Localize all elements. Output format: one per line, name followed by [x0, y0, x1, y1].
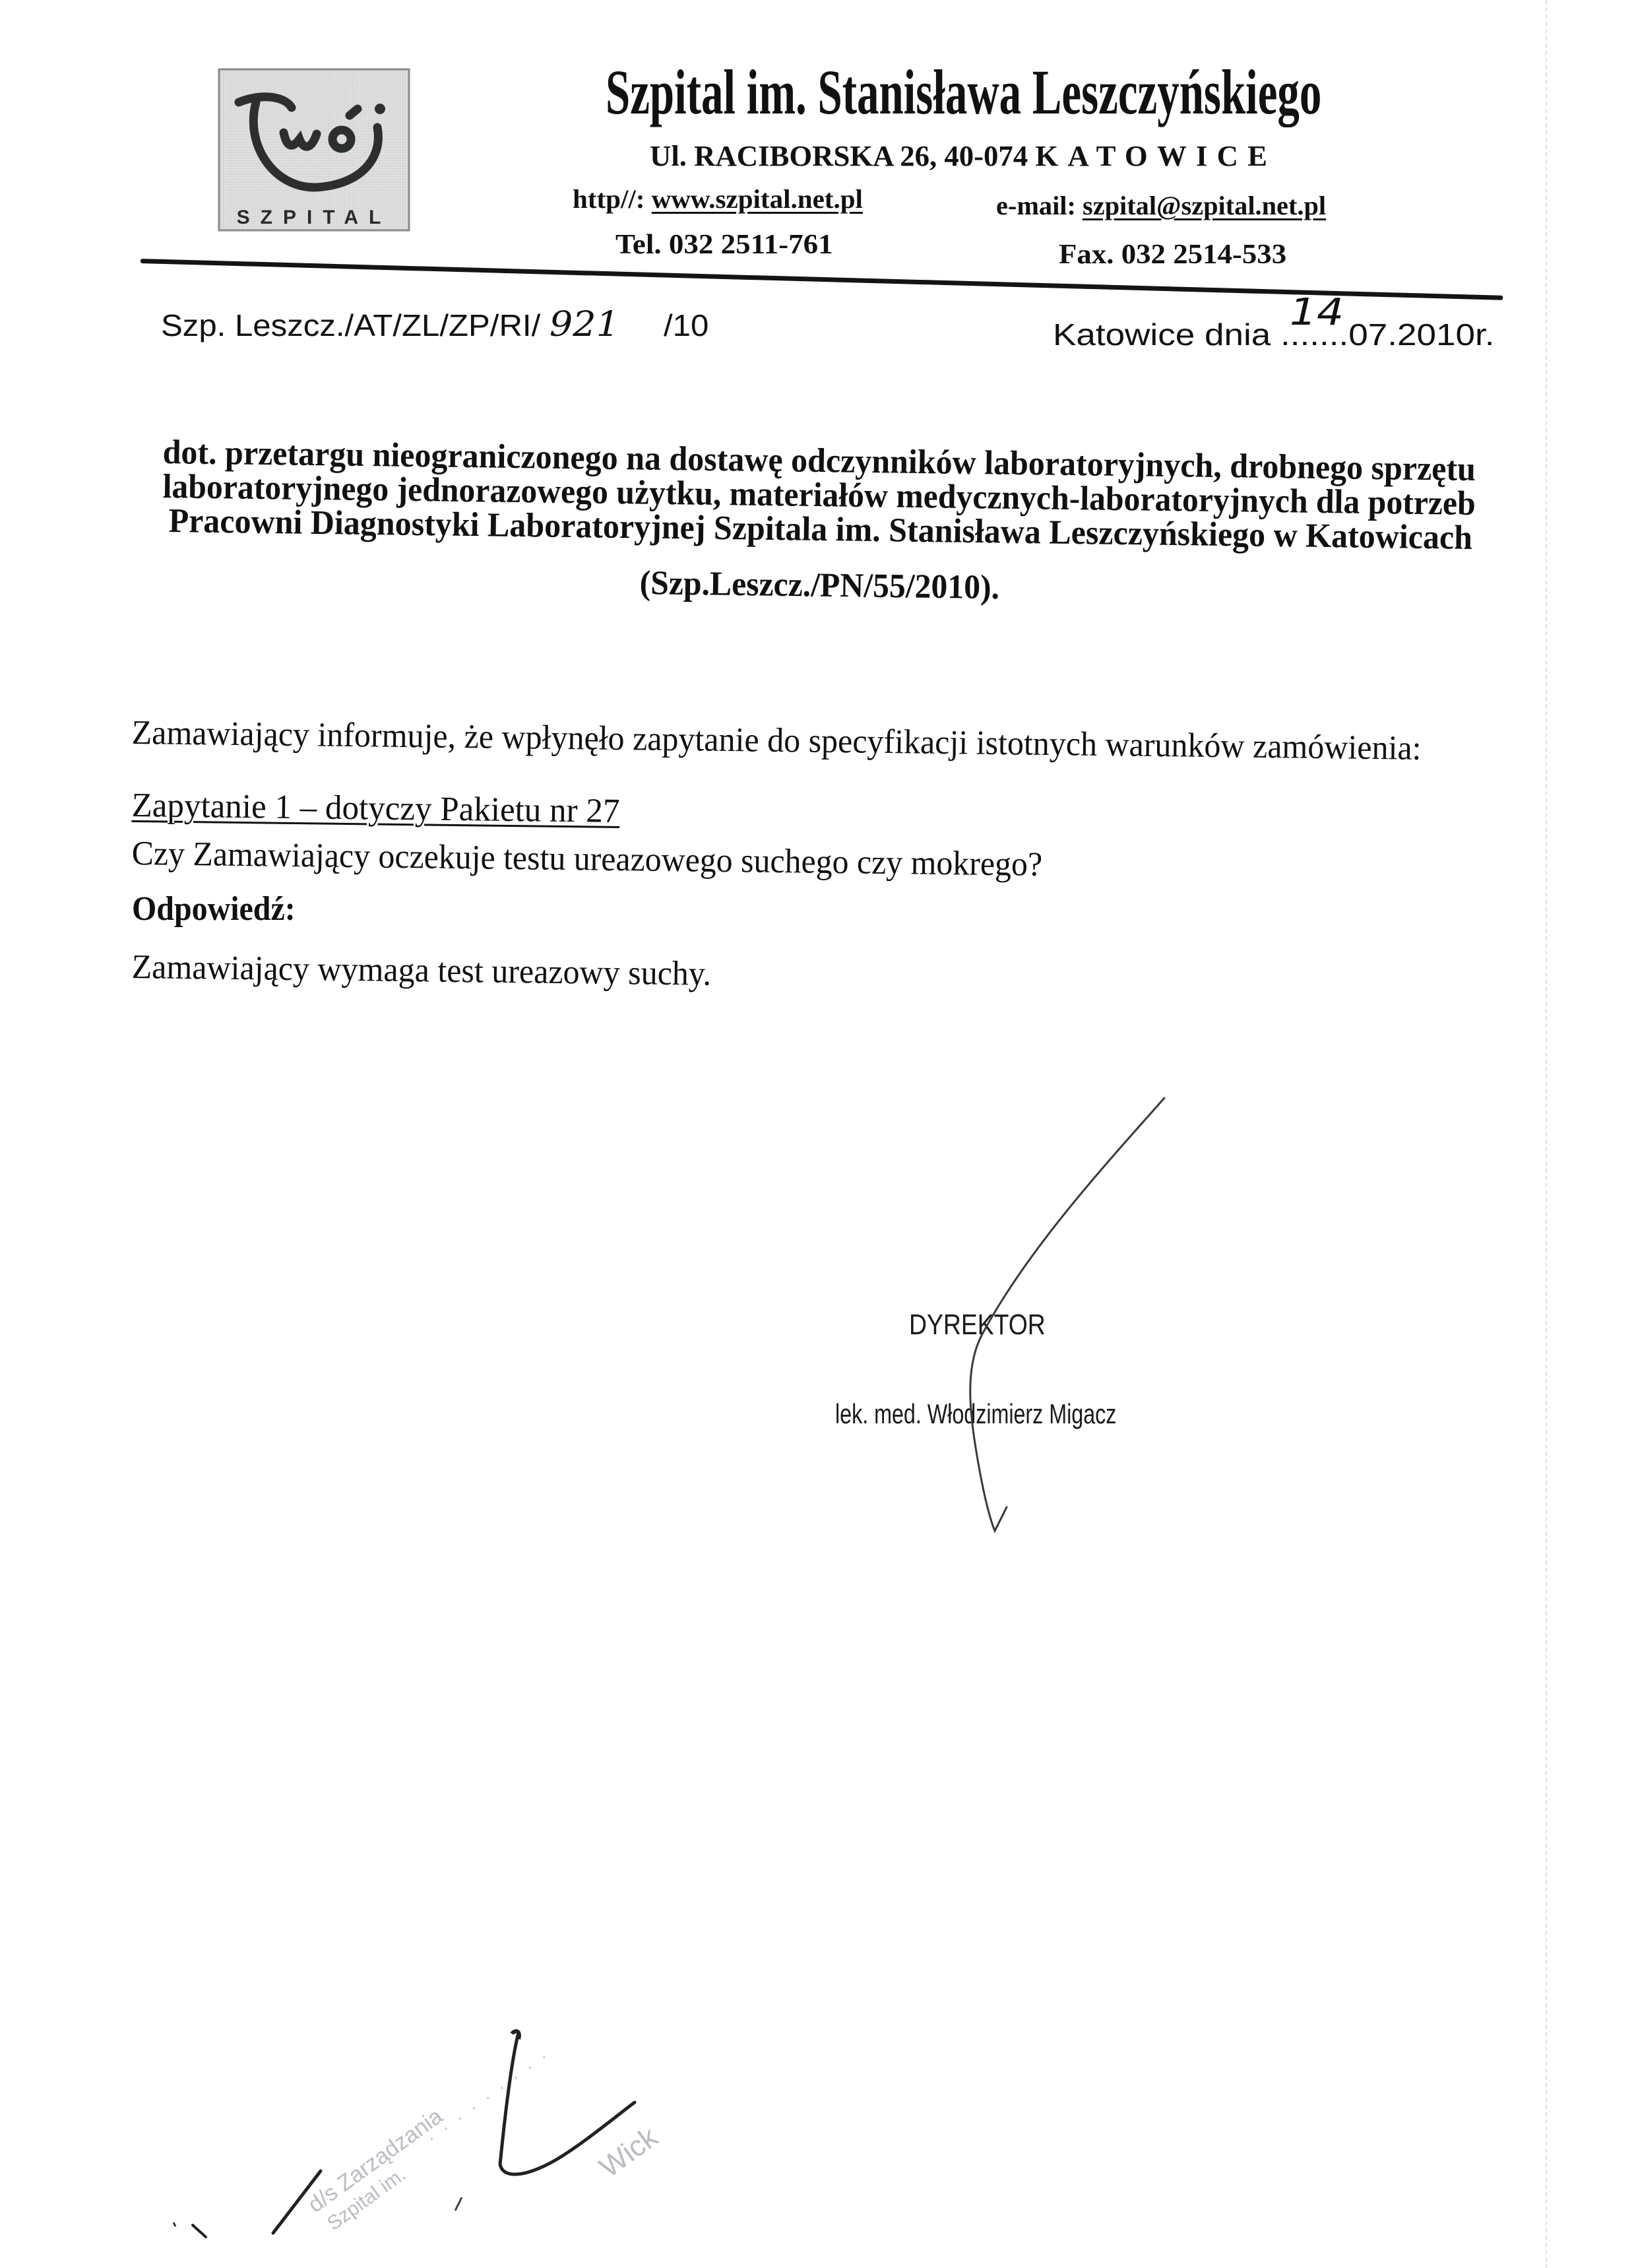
hospital-address: Ul. RACIBORSKA 26, 40-074 KATOWICE — [650, 142, 1276, 171]
signatory-title: DYREKTOR — [909, 1311, 1046, 1340]
email-link[interactable]: szpital@szpital.net.pl — [1083, 191, 1326, 220]
fax-number: Fax. 032 2514-533 — [1059, 241, 1286, 269]
reference-number: Szp. Leszcz./AT/ZL/ZP/RI/ 921 /10 — [161, 308, 708, 342]
handwritten-day: 14 — [1290, 294, 1344, 331]
date-line: Katowice dnia 14 .......07.2010r. — [1053, 319, 1494, 350]
street-address: Ul. RACIBORSKA 26, 40-074 — [650, 140, 1028, 172]
question-text: Czy Zamawiający oczekuje testu ureazoweg… — [131, 837, 1042, 882]
answer-text: Zamawiający wymaga test ureazowy suchy. — [131, 950, 711, 992]
website-line: http//: www.szpital.net.pl — [573, 186, 863, 212]
hospital-logo: SZPITAL — [218, 68, 410, 233]
email-line: e-mail: szpital@szpital.net.pl — [996, 193, 1326, 219]
hospital-name: Szpital im. Stanisława Leszczyńskiego — [606, 61, 1321, 124]
question-heading: Zapytanie 1 – dotyczy Pakietu nr 27 — [131, 789, 619, 829]
intro-text: Zamawiający informuje, że wpłynęło zapyt… — [131, 716, 1421, 766]
subject-line-4: (Szp.Leszcz./PN/55/2010). — [639, 566, 999, 605]
email-label: e-mail: — [996, 191, 1076, 220]
website-label: http//: — [573, 184, 645, 214]
smile-logo-icon: SZPITAL — [218, 68, 410, 233]
svg-text:SZPITAL: SZPITAL — [237, 207, 392, 228]
date-prefix: Katowice dnia — [1053, 317, 1271, 352]
reference-suffix: /10 — [664, 308, 708, 342]
scan-edge-line — [1546, 0, 1547, 2268]
reference-prefix: Szp. Leszcz./AT/ZL/ZP/RI/ — [161, 308, 540, 342]
stamp-text-faint: · · · · · · · · · — [422, 2044, 555, 2150]
date-suffix: .07.2010r. — [1338, 317, 1494, 352]
answer-heading: Odpowiedź: — [132, 892, 296, 926]
website-link[interactable]: www.szpital.net.pl — [652, 184, 863, 214]
signatory-name: lek. med. Włodzimierz Migacz — [835, 1400, 1116, 1428]
handwritten-number: 921 — [550, 305, 619, 344]
phone-number: Tel. 032 2511-761 — [615, 231, 833, 259]
stamp-text-3: Wick — [594, 2121, 664, 2184]
city-name: KATOWICE — [1035, 140, 1276, 172]
